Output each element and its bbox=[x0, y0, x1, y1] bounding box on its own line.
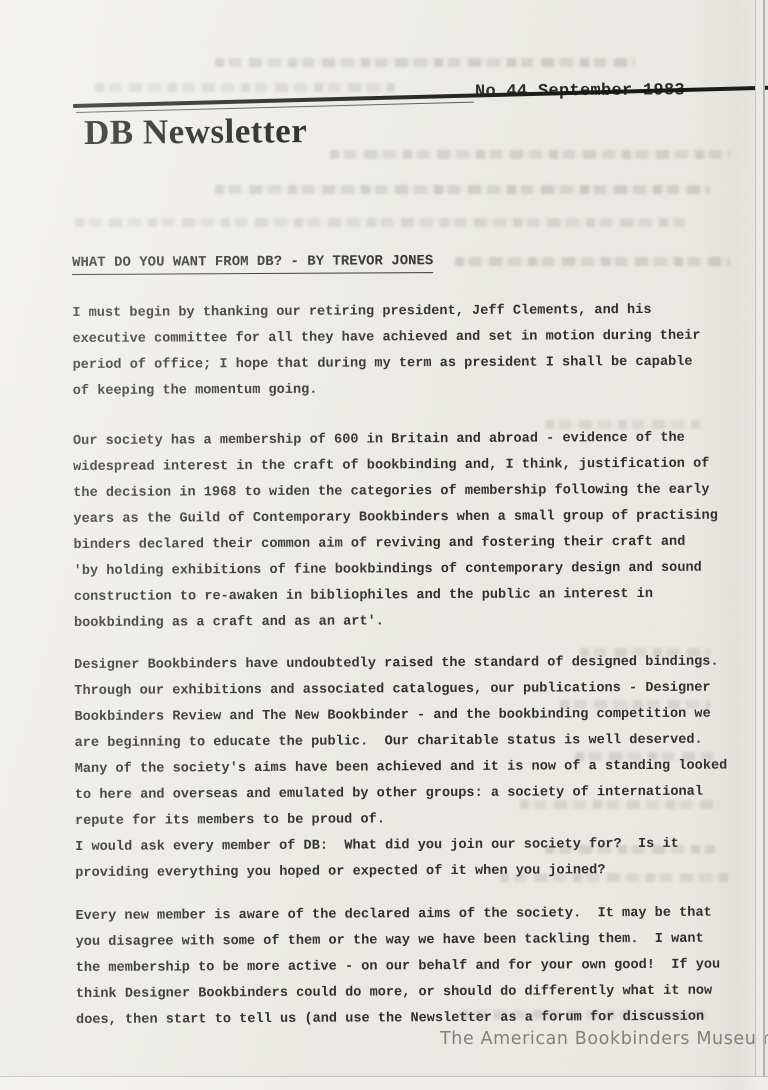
showthrough-smudge bbox=[95, 83, 395, 92]
showthrough-smudge bbox=[215, 58, 635, 67]
paragraph-3: Designer Bookbinders have undoubtedly ra… bbox=[74, 650, 715, 835]
paragraph-1: I must begin by thanking our retiring pr… bbox=[72, 298, 713, 405]
page-edge-right bbox=[755, 0, 765, 1077]
paragraph-5: Every new member is aware of the declare… bbox=[75, 901, 716, 1034]
paragraph-2: Our society has a membership of 600 in B… bbox=[73, 426, 714, 637]
article: WHAT DO YOU WANT FROM DB? - BY TREVOR JO… bbox=[72, 250, 716, 1034]
showthrough-smudge bbox=[75, 218, 685, 227]
paragraph-4: I would ask every member of DB: What did… bbox=[75, 832, 715, 887]
article-heading: WHAT DO YOU WANT FROM DB? - BY TREVOR JO… bbox=[72, 253, 433, 275]
showthrough-smudge bbox=[330, 150, 730, 159]
newsletter-title: DB Newsletter bbox=[84, 111, 308, 153]
museum-watermark: The American Bookbinders Museum bbox=[440, 1029, 768, 1049]
page-edge-bottom bbox=[0, 1076, 768, 1090]
showthrough-smudge bbox=[215, 185, 710, 194]
scanned-newsletter-page: No 44 September 1983 DB Newsletter WHAT … bbox=[0, 0, 768, 1090]
